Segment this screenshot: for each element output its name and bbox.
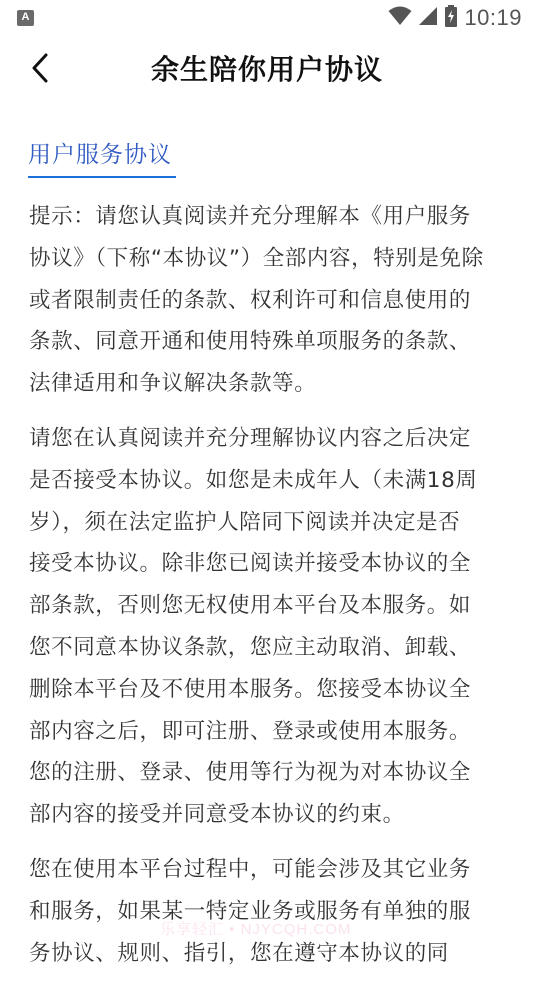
text-line: 接受本协议。除非您已阅读并接受本协议的全 bbox=[29, 543, 509, 585]
text-line: 您在使用本平台过程中，可能会涉及其它业务 bbox=[29, 849, 509, 891]
wifi-icon bbox=[388, 6, 412, 30]
tab-user-service-agreement[interactable]: 用户服务协议 bbox=[28, 138, 172, 172]
text-line: 删除本平台及不使用本服务。您接受本协议全 bbox=[29, 669, 509, 711]
app-notification-icon: A bbox=[17, 10, 34, 26]
battery-charging-icon bbox=[444, 5, 458, 31]
text-line: 部内容的接受并同意受本协议的约束。 bbox=[29, 794, 509, 836]
text-line: 您不同意本协议条款，您应主动取消、卸载、 bbox=[29, 627, 509, 669]
clock: 10:19 bbox=[464, 5, 522, 31]
agreement-content: 提示：请您认真阅读并充分理解本《用户服务 协议》（下称“本协议”）全部内容，特别… bbox=[29, 196, 509, 950]
text-line: 岁），须在法定监护人陪同下阅读并决定是否 bbox=[29, 502, 509, 544]
nav-bar: 余生陪你用户协议 bbox=[0, 40, 534, 100]
text-line: 法律适用和争议解决条款等。 bbox=[29, 363, 509, 405]
status-indicators: 10:19 bbox=[388, 4, 522, 32]
status-bar: A 10:19 bbox=[0, 0, 534, 36]
active-tab-indicator bbox=[28, 176, 176, 178]
text-line: 提示：请您认真阅读并充分理解本《用户服务 bbox=[29, 196, 509, 238]
text-line: 或者限制责任的条款、权利许可和信息使用的 bbox=[29, 280, 509, 322]
text-line: 部内容之后，即可注册、登录或使用本服务。 bbox=[29, 711, 509, 753]
text-line: 您的注册、登录、使用等行为视为对本协议全 bbox=[29, 752, 509, 794]
text-line: 条款、同意开通和使用特殊单项服务的条款、 bbox=[29, 321, 509, 363]
paragraph-acceptance: 请您在认真阅读并充分理解协议内容之后决定 是否接受本协议。如您是未成年人（未满1… bbox=[29, 418, 509, 836]
text-line: 协议》（下称“本协议”）全部内容，特别是免除 bbox=[29, 238, 509, 280]
cellular-signal-icon bbox=[418, 6, 438, 30]
text-line: 是否接受本协议。如您是未成年人（未满18周 bbox=[29, 460, 509, 502]
text-line: 请您在认真阅读并充分理解协议内容之后决定 bbox=[29, 418, 509, 460]
paragraph-notice: 提示：请您认真阅读并充分理解本《用户服务 协议》（下称“本协议”）全部内容，特别… bbox=[29, 196, 509, 405]
watermark: 乐享轻汇 • NJYCQH.COM bbox=[160, 918, 351, 939]
text-line: 部条款，否则您无权使用本平台及本服务。如 bbox=[29, 585, 509, 627]
page-title: 余生陪你用户协议 bbox=[0, 50, 534, 90]
